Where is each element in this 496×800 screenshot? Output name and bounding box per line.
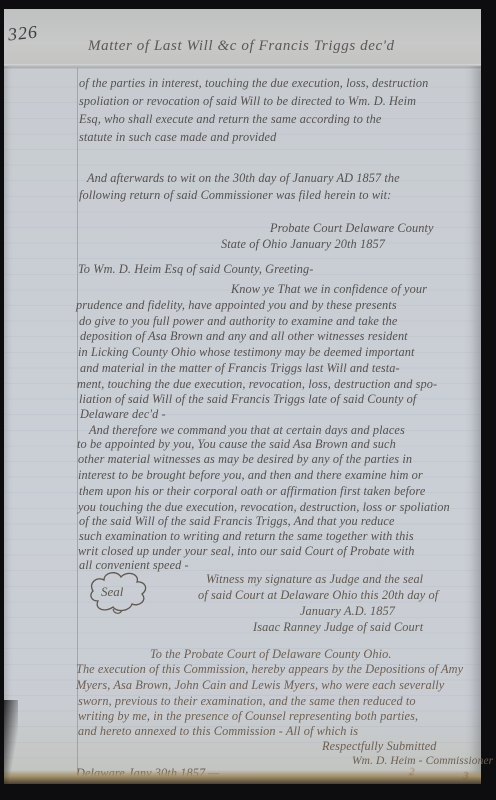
seal-drawing: Seal (84, 568, 150, 616)
text-line: of the said Will of the said Francis Tri… (79, 514, 395, 529)
text-line: ment, touching the due execution, revoca… (77, 377, 437, 392)
text-line: writing by me, in the presence of Counse… (78, 709, 418, 724)
commissioner-signature: Wm. D. Heim - Commissioner (352, 755, 493, 767)
text-line: Delaware dec'd - (80, 407, 166, 422)
text-line: The execution of this Commission, hereby… (76, 662, 463, 677)
text-line: to be appointed by you, You cause the sa… (77, 437, 396, 452)
text-line: And afterwards to wit on the 30th day of… (87, 171, 400, 186)
text-line: of the parties in interest, touching the… (79, 76, 428, 91)
text-line: interest to be brought before you, and t… (78, 468, 423, 483)
text-line: To Wm. D. Heim Esq of said County, Greet… (78, 262, 313, 277)
text-line: sworn, previous to their examination, an… (78, 694, 416, 709)
text-line: Esq, who shall execute and return the sa… (79, 112, 381, 127)
text-line: in Licking County Ohio whose testimony m… (78, 345, 414, 360)
text-line: and hereto annexed to this Commission - … (78, 724, 358, 739)
judge-signature: Isaac Ranney Judge of said Court (253, 620, 423, 635)
corner-shadow (4, 700, 18, 784)
return-heading: To the Probate Court of Delaware County … (150, 647, 392, 662)
page-frame: 326 Matter of Last Will &c of Francis Tr… (0, 0, 496, 800)
seal-label: Seal (101, 584, 124, 599)
page-title: Matter of Last Will &c of Francis Triggs… (88, 38, 395, 55)
text-line: other material witnesses as may be desir… (78, 452, 412, 467)
court-caption-line: State of Ohio January 20th 1857 (221, 237, 385, 252)
attestation-line: of said Court at Delaware Ohio this 20th… (198, 588, 438, 603)
stain-mark: 2 (409, 766, 415, 778)
text-line: deposition of Asa Brown and any and all … (80, 329, 408, 344)
page-crease (4, 64, 481, 70)
text-line: them upon his or their corporal oath or … (79, 484, 425, 499)
court-caption-line: Probate Court Delaware County (270, 221, 434, 236)
text-line: such examination to writing and return t… (79, 529, 414, 544)
text-line: you touching the due execution, revocati… (78, 500, 450, 515)
text-line: and material in the matter of Francis Tr… (80, 361, 400, 376)
attestation-line: Witness my signature as Judge and the se… (206, 572, 423, 587)
stain-mark: 3 (463, 770, 469, 782)
text-line: following return of said Commissioner wa… (79, 188, 391, 203)
submission-line: Respectfully Submitted (322, 739, 437, 754)
page-number: 326 (7, 21, 39, 45)
text-line: Myers, Asa Brown, John Cain and Lewis My… (76, 678, 444, 693)
attestation-line: January A.D. 1857 (300, 604, 395, 619)
text-line: Know ye That we in confidence of your (231, 282, 427, 297)
text-line: do give to you full power and authority … (79, 314, 397, 329)
text-line: And therefore we command you that at cer… (89, 423, 405, 438)
text-line: statute in such case made and provided (79, 130, 276, 145)
text-line: writ closed up under your seal, into our… (78, 544, 415, 559)
text-line: prudence and fidelity, have appointed yo… (76, 298, 397, 313)
text-line: liation of said Will of the said Francis… (79, 392, 416, 407)
text-line: spoliation or revocation of said Will to… (79, 94, 416, 109)
